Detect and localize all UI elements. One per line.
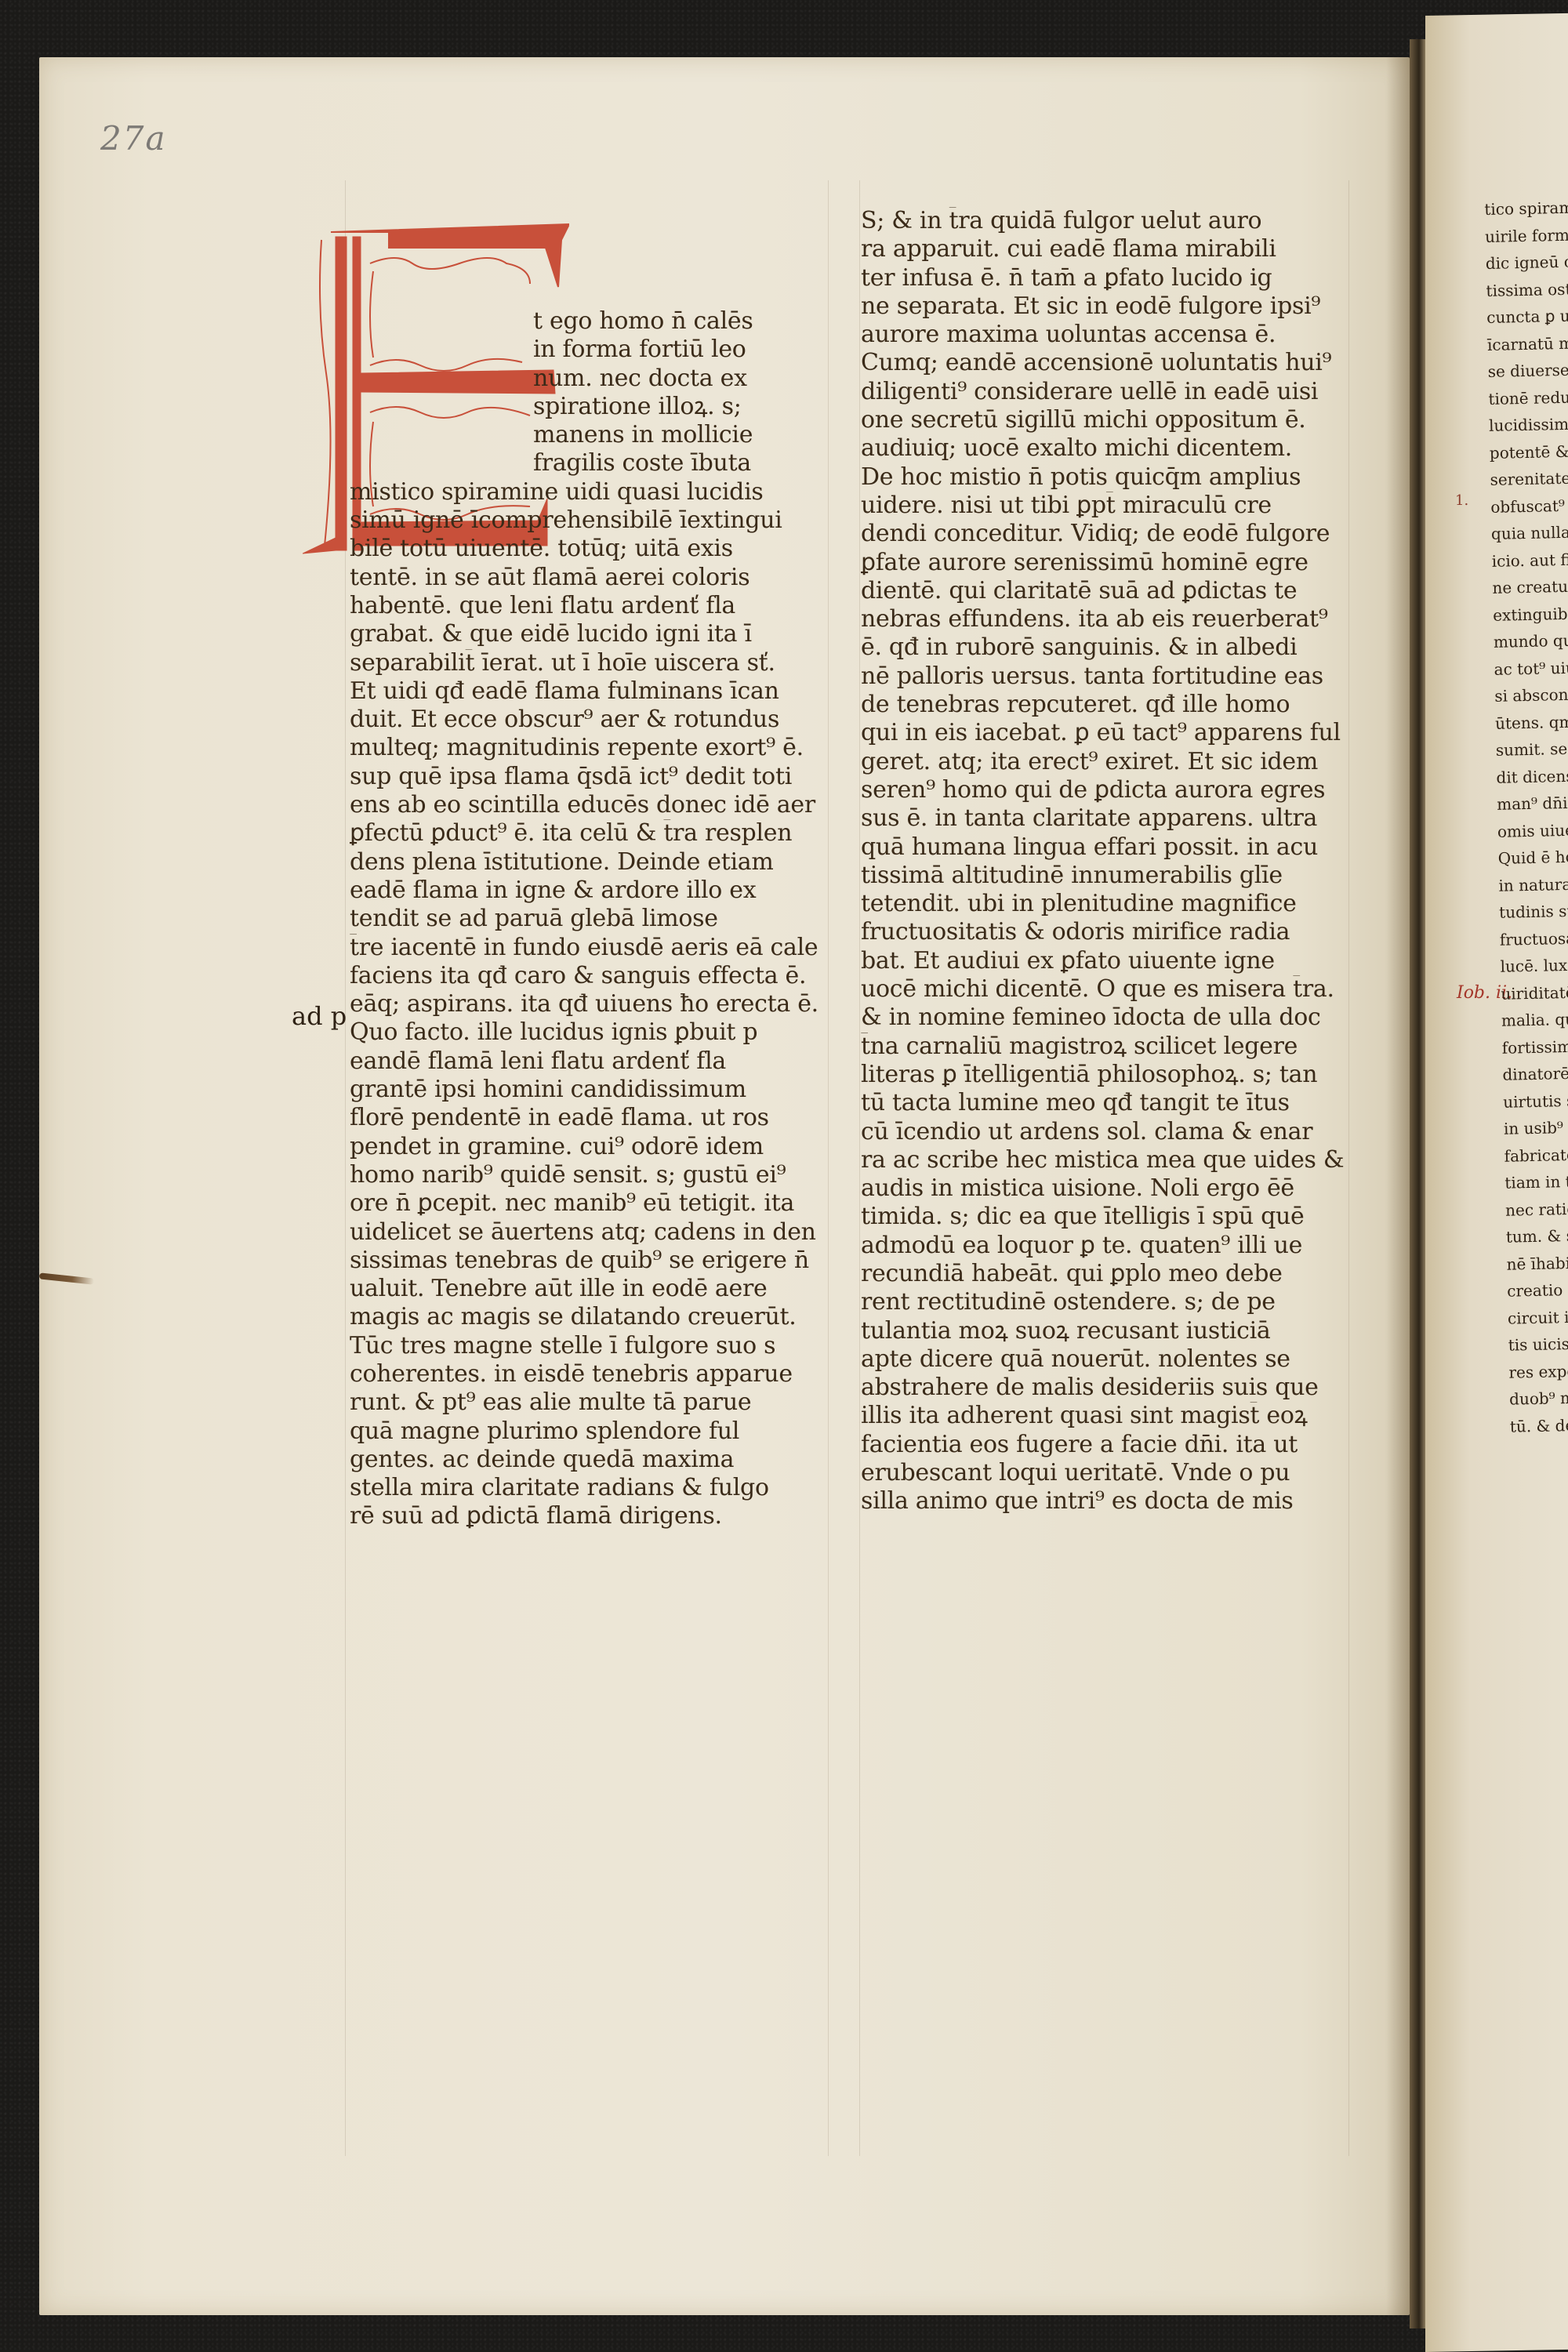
text-line: t̄re iacentē in fundo eiusdē aeris eā ca… <box>350 934 820 962</box>
text-line: ore n̄ ꝑcepit. nec manib⁹ eū tetigit. it… <box>350 1189 820 1218</box>
text-line: tū. & desideriū <box>1510 1411 1568 1440</box>
text-line: De hoc mistio n̄ potis quicq̄m amplius <box>861 463 1347 492</box>
text-line: rē suū ad ꝑdictā flamā dirigens. <box>350 1502 820 1530</box>
text-line: tissimā altitudinē innumerabilis glīe <box>861 862 1347 890</box>
text-line: bat. Et audiui ex ꝑfato uiuente igne <box>861 947 1347 975</box>
text-line: ꝑfectū ꝑduct⁹ ē. ita celū & t̄ra resplen <box>350 819 820 848</box>
text-line: tudinis sue in <box>1499 897 1568 926</box>
ruling-right-outer <box>859 180 860 2156</box>
text-line: tentē. in se aūt flamā aerei coloris <box>350 564 820 592</box>
facing-folio-mark: 1. <box>1455 492 1468 509</box>
text-line: fructuositatis & odoris mirifice radia <box>861 918 1347 946</box>
text-line: Quid ē hoc. <box>1497 844 1568 873</box>
text-line: t ego homo n̄ calēs <box>350 307 820 336</box>
text-line: ra apparuit. cui eadē flama mirabili <box>861 235 1347 263</box>
text-line: literas ꝑ ītelligentiā philosophoꝝ. s; t… <box>861 1061 1347 1089</box>
text-line: mundo quā <box>1494 627 1568 656</box>
text-line: apte dicere quā nouerūt. nolentes se <box>861 1345 1347 1374</box>
text-line: gentes. ac deinde quedā maxima <box>350 1446 820 1474</box>
text-line: geret. atq; ita erect⁹ exiret. Et sic id… <box>861 748 1347 776</box>
text-line: Cumq; eandē accensionē uoluntatis hui⁹ <box>861 349 1347 377</box>
text-line: Quo facto. ille lucidus ignis ꝑbuit p <box>350 1018 820 1047</box>
text-line: lucidissim⁹ ig <box>1489 411 1568 440</box>
text-line: sissimas tenebras de quib⁹ se erigere n̄ <box>350 1247 820 1275</box>
text-line: multeq; magnitudinis repente exort⁹ ē. <box>350 734 820 762</box>
text-line: uidere. nisi ut tibi ꝑpt̄ miraculū cre <box>861 492 1347 520</box>
text-line: nebras effundens. ita ab eis reuerberat⁹ <box>861 605 1347 633</box>
text-column-right: S; & in t̄ra quidā fulgor uelut auro ra … <box>861 207 1347 1516</box>
text-line: aurore maxima uoluntas accensa ē. <box>861 321 1347 349</box>
text-line: eadē flama in igne & ardore illo ex <box>350 877 820 905</box>
text-line: audis in mistica uisione. Noli ergo ēē <box>861 1174 1347 1203</box>
text-line: ūtens. qm <box>1495 708 1568 737</box>
text-line: abstrahere de malis desideriis suis que <box>861 1374 1347 1402</box>
text-line: dientē. qui claritatē suā ad ꝑdictas te <box>861 577 1347 605</box>
ruling-right-inner <box>1348 180 1349 2156</box>
text-line: omis uiuent <box>1497 816 1568 845</box>
text-line: uirile formā ꝑ <box>1485 221 1568 250</box>
text-line: one secretū sigillū michi oppositum ē. <box>861 406 1347 434</box>
text-line: fragilis coste ībuta <box>350 449 820 477</box>
text-line: recundiā habeāt. qui ꝑplo meo debe <box>861 1260 1347 1288</box>
text-line: facientia eos fugere a facie dn̄i. ita u… <box>861 1431 1347 1459</box>
text-line: dic igneū op <box>1485 249 1568 278</box>
text-line: serenitate su <box>1490 465 1568 494</box>
text-line: manens in mollicie <box>350 421 820 449</box>
text-line: florē pendentē in eadē flama. ut ros <box>350 1104 820 1132</box>
text-line: tis uicissitudin <box>1508 1330 1568 1359</box>
text-line: separabilit̄ īerat. ut ī hoīe uiscera sť… <box>350 649 820 677</box>
text-line: tulantia moꝝ suoꝝ recusant iusticiā <box>861 1317 1347 1345</box>
text-line: Tūc tres magne stelle ī fulgore suo s <box>350 1332 820 1360</box>
text-line: num. nec docta ex <box>350 365 820 393</box>
text-line: grantē ipsi homini candidissimum <box>350 1076 820 1104</box>
text-line: fructuosa con <box>1500 924 1568 953</box>
text-line: creatio & sapie <box>1507 1276 1568 1305</box>
text-line: illis ita adherent quasi sint magist̄ eo… <box>861 1402 1347 1430</box>
text-line: nē palloris uersus. tanta fortitudine ea… <box>861 662 1347 691</box>
text-line: quia nulla c <box>1491 519 1568 548</box>
text-line: nē īhabitant. <box>1506 1249 1568 1278</box>
text-line: lucē. lux aerē. <box>1500 951 1568 980</box>
text-line: dit dicens. <box>1496 762 1568 791</box>
text-line: res expostulant <box>1508 1357 1568 1386</box>
text-line: mistico spiramine uidi quasi lucidis <box>350 478 820 506</box>
text-line: sus ē. in tanta claritate apparens. ultr… <box>861 804 1347 833</box>
text-line: si absconsa <box>1494 681 1568 710</box>
text-line: icio. aut fi <box>1491 546 1568 575</box>
text-line: ra ac scribe hec mistica mea que uides & <box>861 1146 1347 1174</box>
text-line: eandē flamā leni flatu ardenť fla <box>350 1047 820 1076</box>
text-line: Et uidi qđ eadē flama fulminans īcan <box>350 677 820 706</box>
text-line: bilē totū uiuentē. totūq; uitā exis <box>350 535 820 563</box>
text-line: cuncta ꝑ ubi <box>1486 303 1568 332</box>
text-line: qui in eis iacebat. ꝑ eū tact⁹ apparens … <box>861 719 1347 747</box>
text-line: nec rationalita <box>1505 1195 1568 1224</box>
text-line: fabricatoris ē m <box>1504 1141 1568 1170</box>
text-line: admodū ea loquor ꝑ te. quaten⁹ illi ue <box>861 1232 1347 1260</box>
text-line: S; & in t̄ra quidā fulgor uelut auro <box>861 207 1347 235</box>
text-line: simū ignē īcomprehensibilē īextingui <box>350 506 820 535</box>
text-line: dendi conceditur. Vidiq; de eodē fulgore <box>861 520 1347 548</box>
text-line: uiriditatē. ui <box>1501 978 1568 1007</box>
text-line: de tenebras repcuteret. qđ ille homo <box>861 691 1347 719</box>
text-line: duit. Et ecce obscur⁹ aer & rotundus <box>350 706 820 734</box>
text-line: homo narib⁹ quidē sensit. s; gustū ei⁹ <box>350 1161 820 1189</box>
text-line: ac tot⁹ uiue <box>1494 654 1568 683</box>
text-line: tico spiramin <box>1484 194 1568 223</box>
text-line: uocē michi dicentē. O que es misera t̄ra… <box>861 975 1347 1004</box>
text-line: ē. qđ in ruborē sanguinis. & in albedi <box>861 633 1347 662</box>
text-line: quā magne plurimo splendore ful <box>350 1417 820 1446</box>
marginal-correction-note: ad p <box>292 1001 347 1031</box>
text-line: t̄na carnaliū magistroꝝ scilicet legere <box>861 1033 1347 1061</box>
text-line: pendet in gramine. cui⁹ odorē idem <box>350 1133 820 1161</box>
text-line: erubescant loqui ueritatē. Vnde o pu <box>861 1459 1347 1487</box>
text-line: grabat. & que eidē lucido igni ita ī <box>350 620 820 648</box>
text-line: & in nomine femineo īdocta de ulla doc <box>861 1004 1347 1032</box>
text-line: tionē reduxit <box>1488 383 1568 412</box>
folio-number: 27a <box>100 119 166 158</box>
text-line: tiam in terris <box>1504 1167 1568 1196</box>
text-line: ne creature <box>1492 573 1568 602</box>
text-line: seren⁹ homo qui de ꝑdicta aurora egres <box>861 776 1347 804</box>
text-line: audiuiq; uocē exalto michi dicentem. <box>861 434 1347 463</box>
text-line: in forma fortiū leo <box>350 336 820 364</box>
text-line: silla animo que intri⁹ es docta de mis <box>861 1487 1347 1515</box>
text-line: extinguibili <box>1493 600 1568 629</box>
ruling-left-inner <box>828 180 829 2156</box>
binding-gutter <box>1410 39 1425 2328</box>
text-line: sumit. secu <box>1495 735 1568 764</box>
text-line: malia. que om <box>1501 1005 1568 1034</box>
text-line: ens ab eo scintilla educēs donec idē aer <box>350 791 820 819</box>
text-line: potentē & ui <box>1490 437 1568 466</box>
text-line: diligenti⁹ considerare uellē in eadē uis… <box>861 378 1347 406</box>
text-line: tissima osten <box>1486 275 1568 304</box>
text-column-left: t ego homo n̄ calēs in forma fortiū leo … <box>350 307 820 1531</box>
text-line: ualuit. Tenebre aūt ille in eodē aere <box>350 1275 820 1303</box>
text-line: magis ac magis se dilatando creuerūt. <box>350 1303 820 1331</box>
text-line: man⁹ dn̄i fe <box>1497 789 1568 818</box>
text-line: runt. & pt⁹ eas alie multe tā parue <box>350 1388 820 1417</box>
text-line: ne separata. Et sic in eodē fulgore ipsi… <box>861 292 1347 321</box>
text-line: tendit se ad paruā glebā limose <box>350 905 820 933</box>
text-line: stella mira claritate radians & fulgo <box>350 1474 820 1502</box>
text-line: tum. & suscitatu <box>1505 1221 1568 1250</box>
text-line: fortissima ma <box>1501 1033 1568 1062</box>
text-line: ter infusa ē. n̄ tam̄ a ꝑfato lucido ig <box>861 264 1347 292</box>
text-line: habentē. que leni flatu ardenť fla <box>350 592 820 620</box>
text-line: obfuscat⁹ ē. u <box>1490 492 1568 521</box>
text-line: circuit in terr <box>1508 1303 1568 1332</box>
text-line: tū tacta lumine meo qđ tangit te ītus <box>861 1089 1347 1117</box>
text-line: uidelicet se āuertens atq; cadens in den <box>350 1218 820 1247</box>
text-line: coherentes. in eisdē tenebris apparue <box>350 1360 820 1388</box>
text-line: quā humana lingua effari possit. in acu <box>861 833 1347 862</box>
text-line: spiratione illoꝝ. s; <box>350 393 820 421</box>
text-line: faciens ita qđ caro & sanguis effecta ē. <box>350 962 820 990</box>
text-line: rent rectitudinē ostendere. s; de pe <box>861 1288 1347 1316</box>
text-line: in usib⁹ suis. Et <box>1504 1113 1568 1142</box>
text-line: tetendit. ubi in plenitudine magnifice <box>861 890 1347 918</box>
text-line: īcarnatū mi <box>1487 329 1568 358</box>
text-line: in natura su <box>1498 870 1568 899</box>
text-line: cū īcendio ut ardens sol. clama & enar <box>861 1118 1347 1146</box>
text-line: uirtutis sue ita <box>1503 1087 1568 1116</box>
text-line: dinatorē cunc <box>1502 1059 1568 1088</box>
text-line: timida. s; dic ea que ītelligis ī spū qu… <box>861 1203 1347 1231</box>
text-line: dens plena īstitutione. Deinde etiam <box>350 848 820 877</box>
text-line: se diuersera <box>1487 357 1568 386</box>
text-line: ꝑfate aurore serenissimū hominē egre <box>861 549 1347 577</box>
text-line: duob⁹ modis. ui <box>1509 1384 1568 1413</box>
text-line: sup quē ipsa flama q̄sdā ict⁹ dedit toti <box>350 763 820 791</box>
text-line: eāq; aspirans. ita qđ uiuens ħo erecta ē… <box>350 990 820 1018</box>
